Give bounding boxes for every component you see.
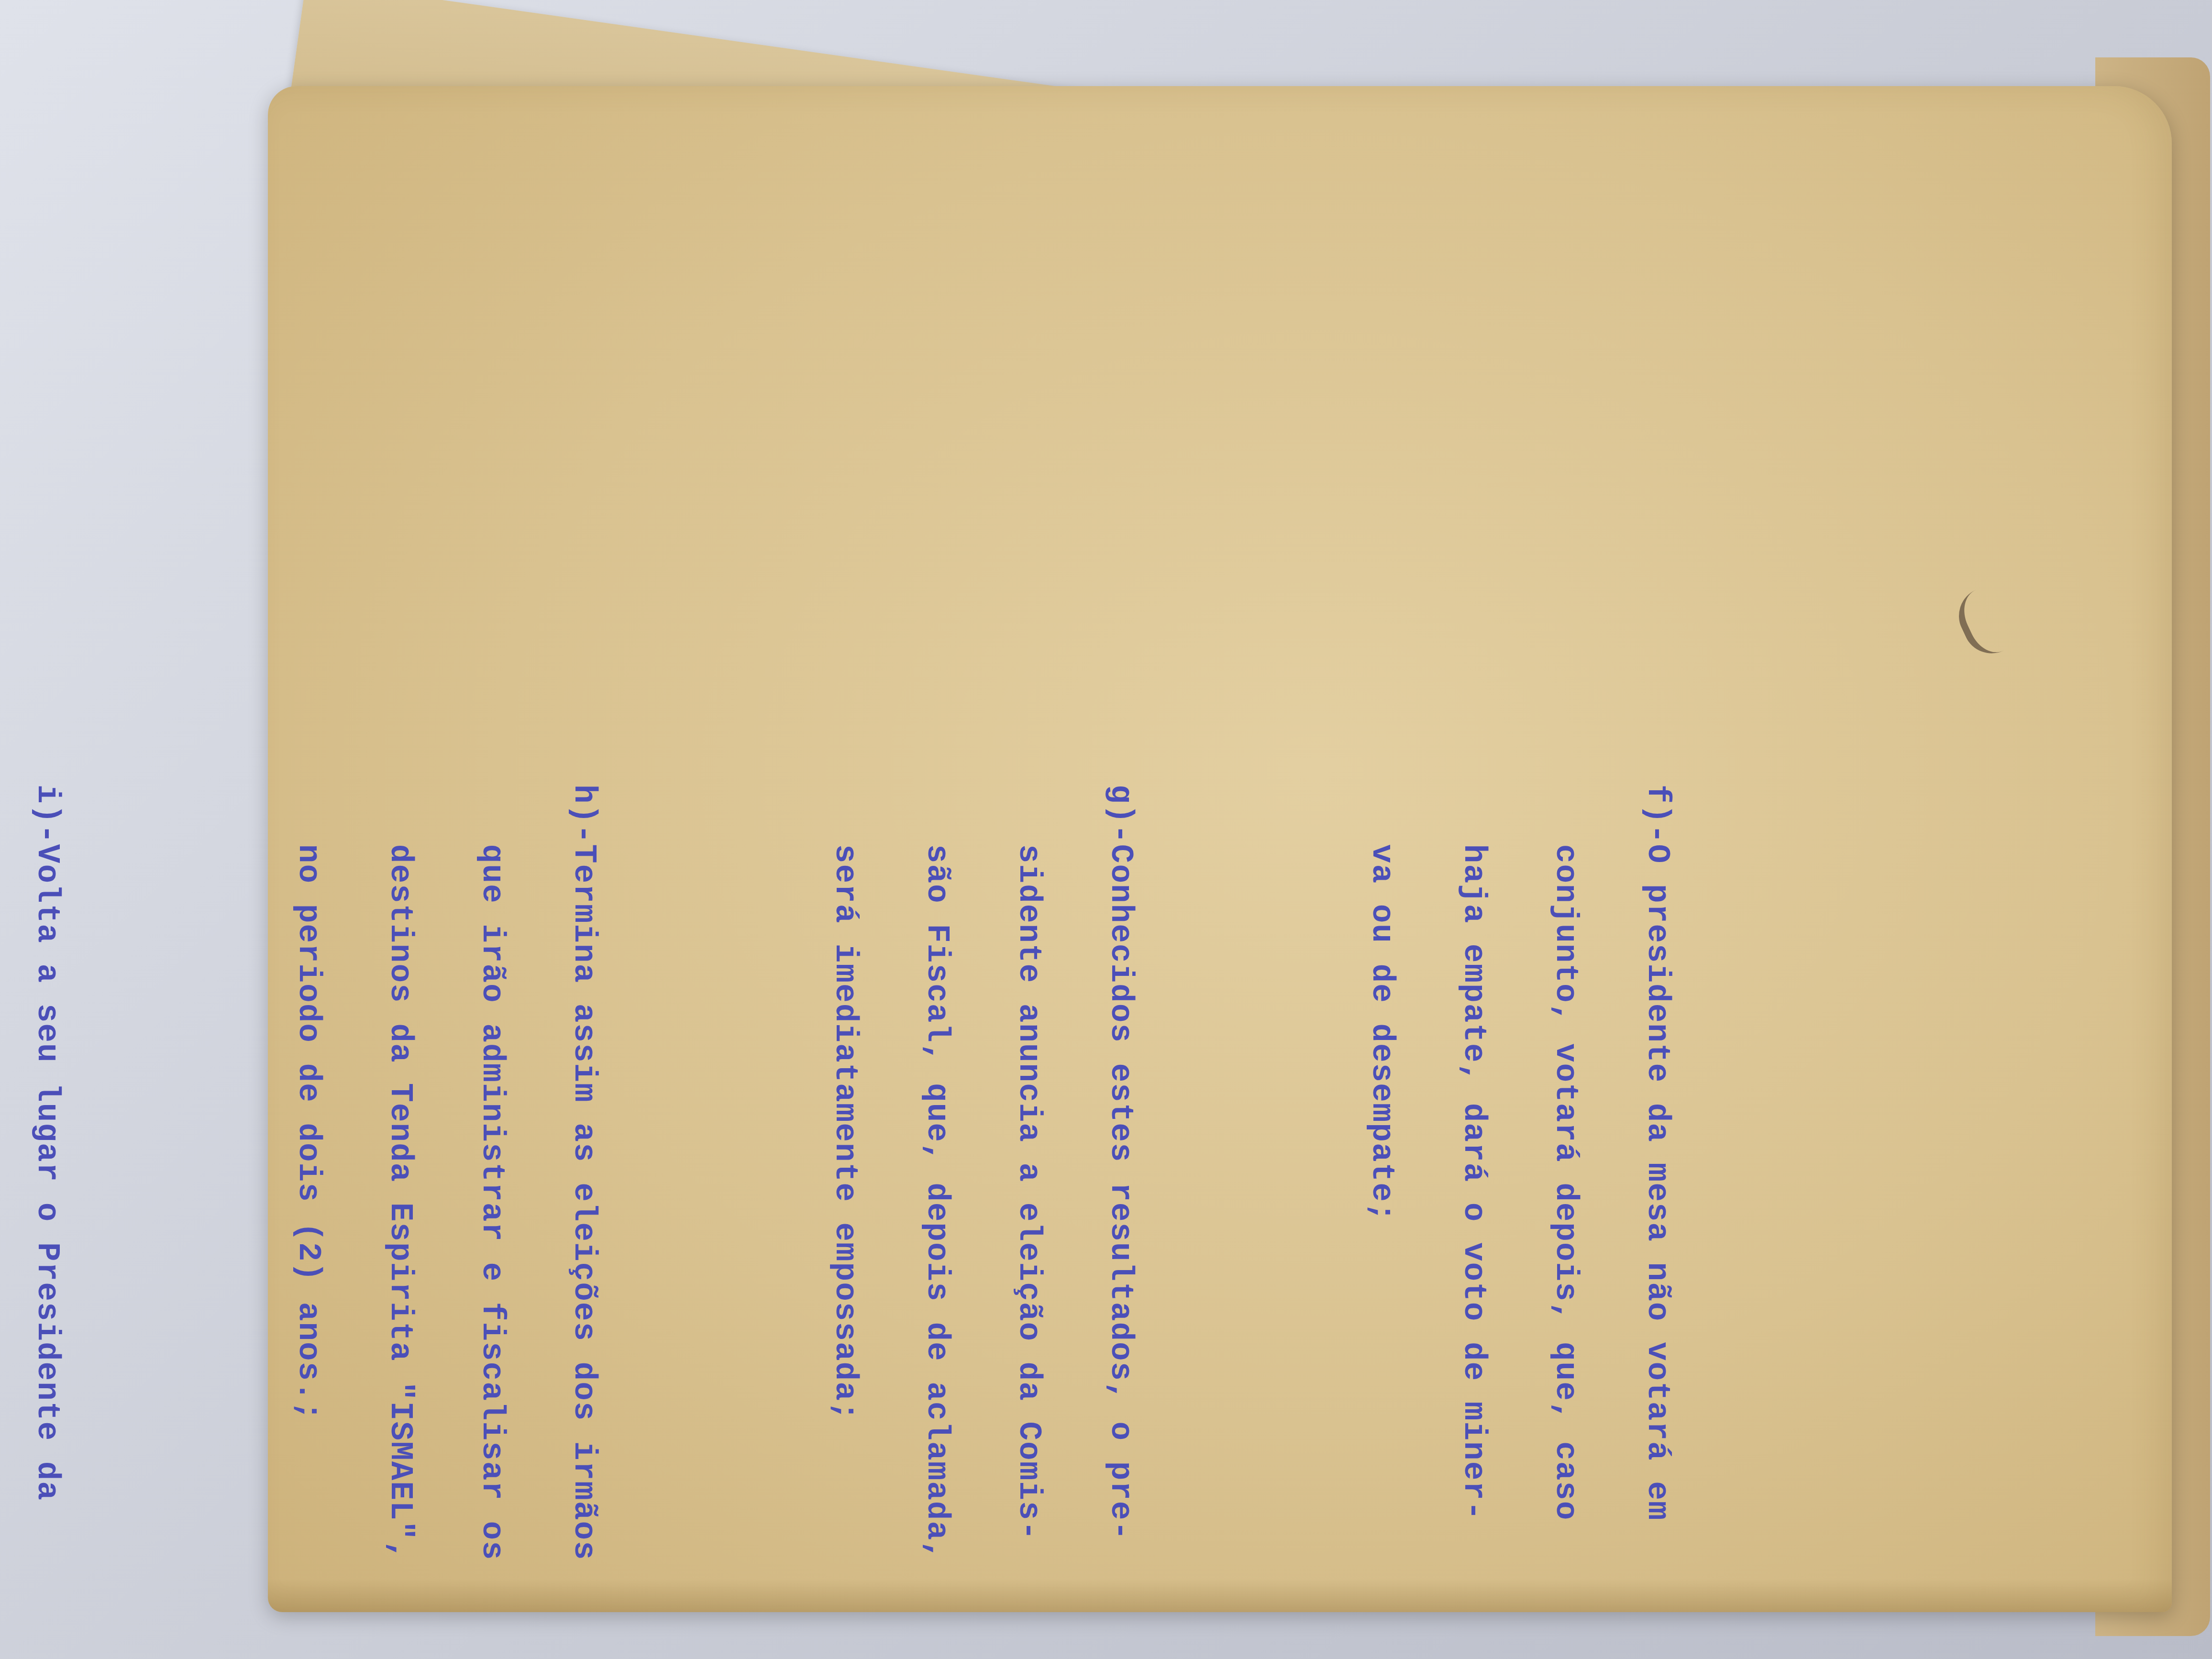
item-label: i)-	[29, 785, 65, 844]
item-label: h)-	[566, 785, 602, 844]
item-g: g)-Conhecidos estes resultados, o pre- s…	[768, 230, 1197, 1521]
item-i: i)-Volta a seu lugar o Presidente da Ten…	[0, 230, 123, 1521]
item-label: g)-	[1103, 785, 1139, 844]
item-h: h)-Termina assim as eleições dos irmãos …	[232, 230, 660, 1521]
item-f: f)-O presidente da mesa não votará em co…	[1305, 230, 1734, 1521]
item-label: f)-	[1639, 785, 1675, 844]
typewritten-text: f)-O presidente da mesa não votará em co…	[0, 230, 1856, 1521]
